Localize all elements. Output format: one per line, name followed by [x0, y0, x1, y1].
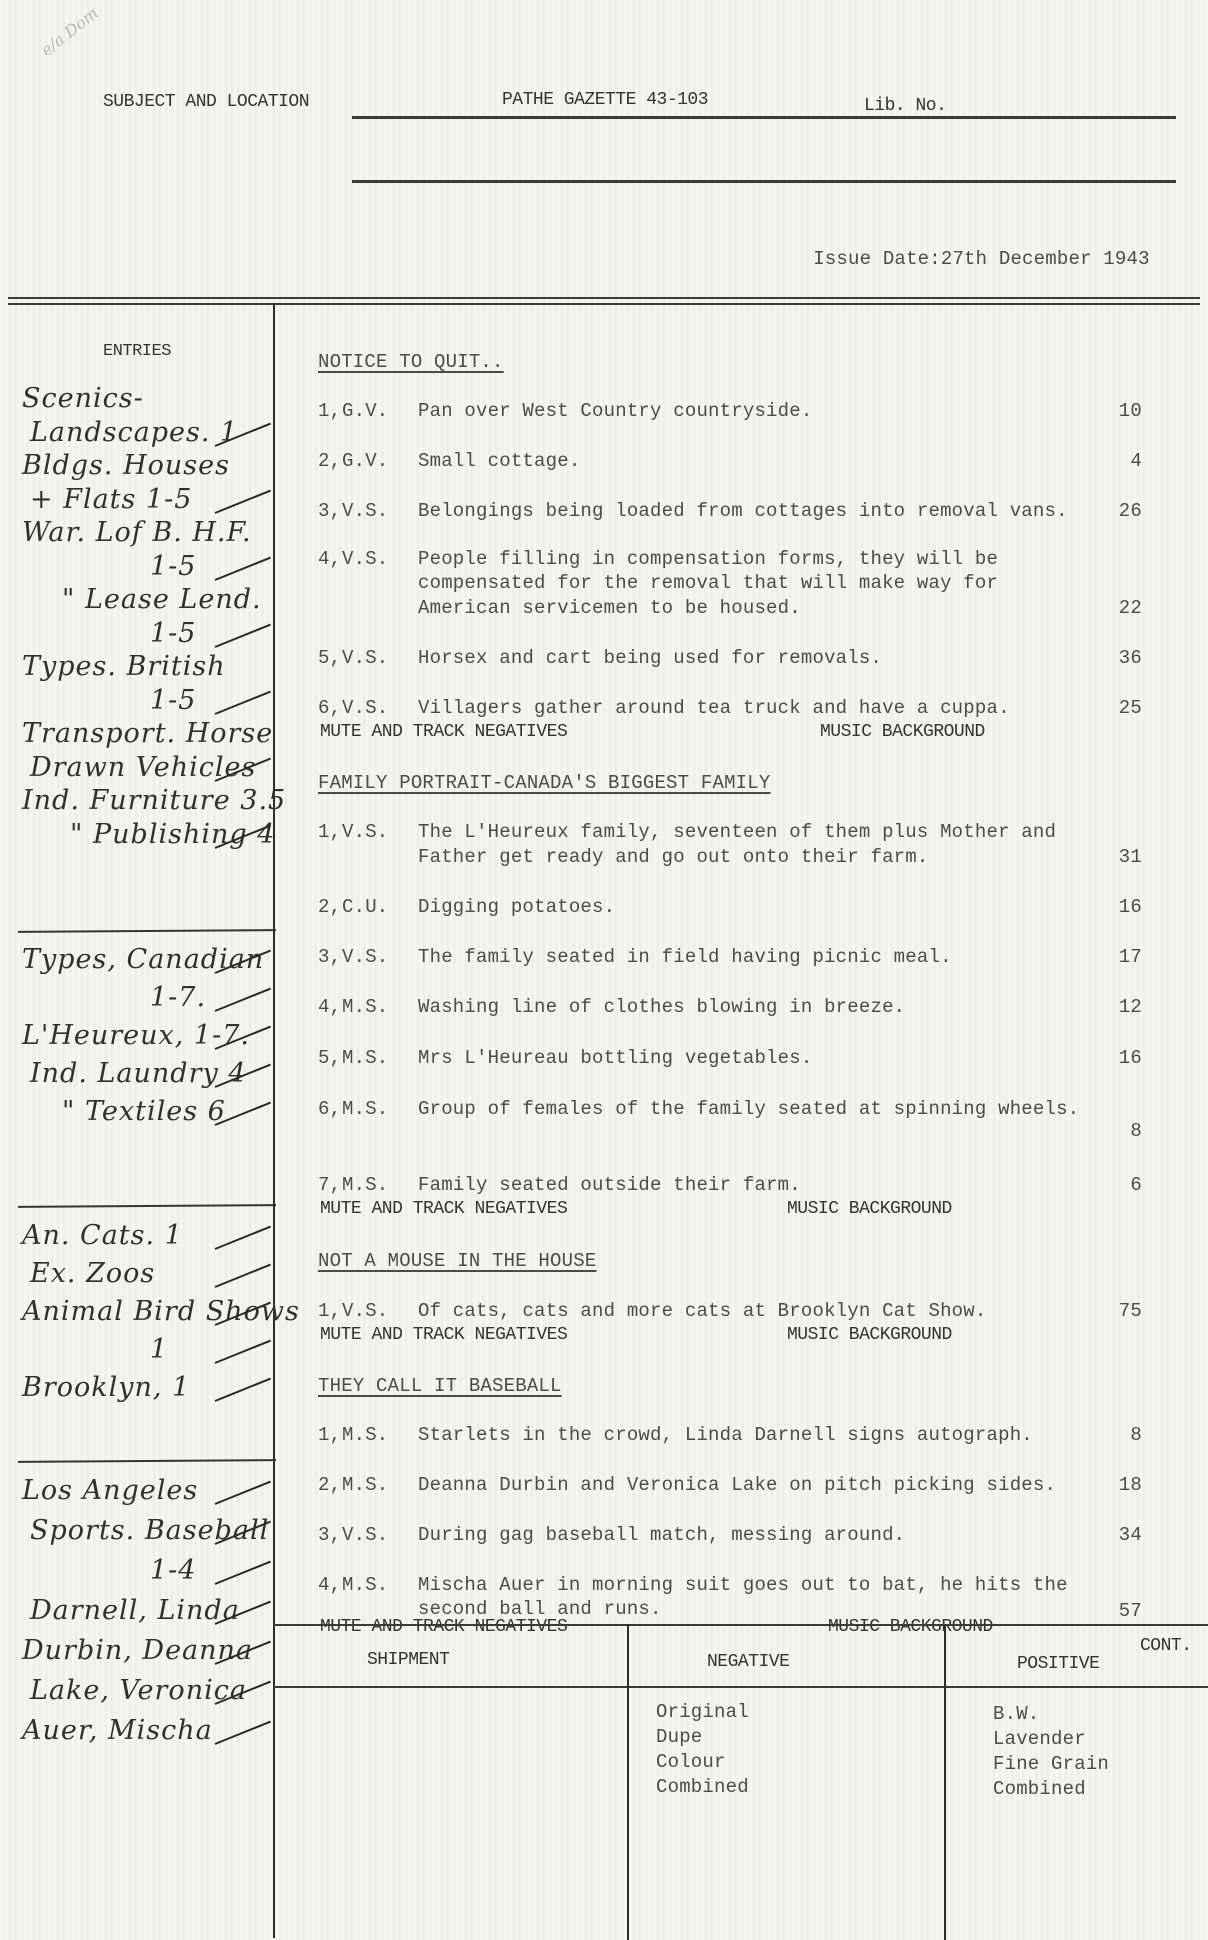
issue-date-label: Issue Date:: [813, 248, 941, 270]
handwritten-entry: Transport. Horse: [22, 718, 273, 749]
handwritten-entry: Types, Canadian: [22, 944, 264, 975]
shot-length: 36: [1082, 647, 1142, 669]
shot-length: 4: [1082, 450, 1142, 472]
shot-number: 2,: [318, 450, 341, 472]
shot-description: Family seated outside their farm.: [418, 1174, 801, 1196]
check-mark-icon: [215, 489, 271, 513]
negative-heading: NEGATIVE: [707, 1652, 789, 1672]
positive-options: B.W.LavenderFine GrainCombined: [993, 1702, 1109, 1802]
header-rule-2: [352, 180, 1176, 183]
shot-description: compensated for the removal that will ma…: [418, 572, 998, 594]
footer-negatives: MUTE AND TRACK NEGATIVES: [320, 722, 567, 742]
shipment-heading: SHIPMENT: [367, 1650, 449, 1670]
film-option: Original: [656, 1700, 749, 1725]
film-option: Colour: [656, 1750, 749, 1775]
shot-length: 17: [1082, 946, 1142, 968]
shot-type: C.U.: [342, 896, 388, 918]
header-rule-1: [352, 116, 1176, 119]
frame-top-rule-b: [8, 303, 1200, 305]
positive-heading: POSITIVE: [1017, 1654, 1099, 1674]
shot-length: 22: [1082, 597, 1142, 619]
film-option: Combined: [993, 1777, 1109, 1802]
shot-length: 34: [1082, 1524, 1142, 1546]
shot-type: V.S.: [342, 946, 388, 968]
shot-type: V.S.: [342, 500, 388, 522]
footer-music: MUSIC BACKGROUND: [787, 1325, 952, 1345]
shot-number: 2,: [318, 1474, 341, 1496]
shot-description: Belongings being loaded from cottages in…: [418, 500, 1068, 522]
handwritten-entry: Bldgs. Houses: [22, 450, 230, 481]
frame-top-rule-a: [8, 297, 1200, 299]
shot-length: 75: [1082, 1300, 1142, 1322]
cont-label: CONT.: [1140, 1636, 1192, 1656]
check-mark-icon: [215, 1561, 271, 1585]
shot-description: The L'Heureux family, seventeen of them …: [418, 821, 1056, 843]
shot-number: 6,: [318, 1098, 341, 1120]
shot-length: 12: [1082, 996, 1142, 1018]
shot-length: 57: [1082, 1600, 1142, 1622]
shot-description: The family seated in field having picnic…: [418, 946, 952, 968]
subject-label: SUBJECT AND LOCATION: [103, 92, 309, 112]
shot-number: 7,: [318, 1174, 341, 1196]
shot-length: 16: [1082, 896, 1142, 918]
shot-length: 26: [1082, 500, 1142, 522]
document-title: PATHE GAZETTE 43-103: [502, 90, 708, 110]
handwritten-entry: Animal Bird Shows: [22, 1296, 300, 1327]
check-mark-icon: [215, 556, 271, 580]
shot-type: M.S.: [342, 1174, 388, 1196]
shot-number: 1,: [318, 400, 341, 422]
handwritten-entry: 1-5: [150, 551, 196, 582]
shot-description: Pan over West Country countryside.: [418, 400, 812, 422]
shot-length: 31: [1082, 846, 1142, 868]
footer-negatives: MUTE AND TRACK NEGATIVES: [320, 1325, 567, 1345]
shot-description: Digging potatoes.: [418, 896, 615, 918]
handwritten-entry: " Textiles 6: [62, 1096, 226, 1127]
film-option: B.W.: [993, 1702, 1109, 1727]
shot-length: 16: [1082, 1047, 1142, 1069]
shot-number: 5,: [318, 647, 341, 669]
footer-negatives: MUTE AND TRACK NEGATIVES: [320, 1617, 567, 1637]
handwritten-entry: Los Angeles: [22, 1475, 198, 1506]
story-title: FAMILY PORTRAIT-CANADA'S BIGGEST FAMILY: [318, 772, 770, 794]
shot-length: 10: [1082, 400, 1142, 422]
handwritten-entry: 1-7.: [150, 982, 206, 1013]
shot-type: M.S.: [342, 1474, 388, 1496]
handwritten-entry: + Flats 1-5: [30, 484, 192, 515]
film-option: Combined: [656, 1775, 749, 1800]
check-mark-icon: [215, 1340, 271, 1364]
film-option: Fine Grain: [993, 1752, 1109, 1777]
shot-number: 1,: [318, 1300, 341, 1322]
shot-length: 8: [1082, 1120, 1142, 1142]
handwritten-entry: 1-5: [150, 685, 196, 716]
shot-description: Deanna Durbin and Veronica Lake on pitch…: [418, 1474, 1056, 1496]
handwritten-entry: Ex. Zoos: [30, 1258, 155, 1289]
shot-description: Group of females of the family seated at…: [418, 1098, 1079, 1120]
check-mark-icon: [215, 1721, 271, 1745]
check-mark-icon: [215, 988, 271, 1012]
table-divider-1: [627, 1624, 629, 1940]
handwritten-entry: Auer, Mischa: [22, 1715, 213, 1746]
shot-type: V.S.: [342, 1300, 388, 1322]
table-top-rule: [273, 1624, 1208, 1626]
shot-description: Father get ready and go out onto their f…: [418, 846, 928, 868]
shot-type: V.S.: [342, 647, 388, 669]
table-divider-2: [944, 1624, 946, 1940]
handwritten-entry: An. Cats. 1: [22, 1220, 183, 1251]
pencil-annotation: e/a Dom: [37, 3, 102, 59]
shot-type: V.S.: [342, 821, 388, 843]
handwritten-entry: Types. British: [22, 651, 226, 682]
shot-type: V.S.: [342, 548, 388, 570]
shot-number: 6,: [318, 697, 341, 719]
handwritten-entry: Scenics-: [22, 383, 144, 414]
entry-separator: [18, 1204, 276, 1208]
film-option: Lavender: [993, 1727, 1109, 1752]
footer-music: MUSIC BACKGROUND: [820, 722, 985, 742]
handwritten-entry: Ind. Laundry 4: [30, 1058, 247, 1089]
shot-type: M.S.: [342, 996, 388, 1018]
shot-description: Mischa Auer in morning suit goes out to …: [418, 1574, 1068, 1596]
shot-number: 1,: [318, 1424, 341, 1446]
check-mark-icon: [215, 1378, 271, 1402]
check-mark-icon: [215, 1226, 271, 1250]
footer-music: MUSIC BACKGROUND: [828, 1617, 993, 1637]
shot-type: M.S.: [342, 1574, 388, 1596]
handwritten-entry: 1-5: [150, 618, 196, 649]
lib-no-label: Lib. No.: [864, 96, 946, 116]
shot-type: M.S.: [342, 1424, 388, 1446]
shot-description: People filling in compensation forms, th…: [418, 548, 998, 570]
handwritten-entry: 1: [150, 1334, 168, 1365]
footer-music: MUSIC BACKGROUND: [787, 1199, 952, 1219]
handwritten-entry: 1-4: [150, 1555, 196, 1586]
check-mark-icon: [215, 690, 271, 714]
shot-type: V.S.: [342, 697, 388, 719]
issue-date-value: 27th December 1943: [941, 248, 1150, 270]
check-mark-icon: [215, 623, 271, 647]
shot-type: M.S.: [342, 1098, 388, 1120]
shot-description: Starlets in the crowd, Linda Darnell sig…: [418, 1424, 1033, 1446]
entry-separator: [18, 1459, 276, 1463]
shot-type: G.V.: [342, 400, 388, 422]
check-mark-icon: [215, 1264, 271, 1288]
shot-description: Washing line of clothes blowing in breez…: [418, 996, 905, 1018]
handwritten-entry: Sports. Baseball: [30, 1515, 269, 1546]
shot-length: 6: [1082, 1174, 1142, 1196]
shot-number: 3,: [318, 946, 341, 968]
issue-date: Issue Date:27th December 1943: [790, 226, 1150, 270]
handwritten-entry: Landscapes. 1: [30, 417, 238, 448]
shot-description: Mrs L'Heureau bottling vegetables.: [418, 1047, 812, 1069]
story-title: NOT A MOUSE IN THE HOUSE: [318, 1250, 596, 1272]
shot-description: Small cottage.: [418, 450, 580, 472]
shot-description: During gag baseball match, messing aroun…: [418, 1524, 905, 1546]
shot-description: Villagers gather around tea truck and ha…: [418, 697, 1010, 719]
handwritten-entry: Lake, Veronica: [30, 1675, 247, 1706]
handwritten-entry: Darnell, Linda: [30, 1595, 240, 1626]
shot-type: G.V.: [342, 450, 388, 472]
shot-number: 4,: [318, 996, 341, 1018]
handwritten-entry: War. Lof B. H.F.: [22, 517, 252, 548]
shot-description: Of cats, cats and more cats at Brooklyn …: [418, 1300, 987, 1322]
handwritten-entry: " Lease Lend.: [62, 584, 262, 615]
handwritten-entry: Ind. Furniture 3.5: [22, 785, 286, 816]
negative-options: OriginalDupeColourCombined: [656, 1700, 749, 1800]
shot-number: 3,: [318, 1524, 341, 1546]
entries-divider: [273, 303, 275, 1938]
shot-length: 8: [1082, 1424, 1142, 1446]
shot-number: 4,: [318, 1574, 341, 1596]
shot-number: 4,: [318, 548, 341, 570]
story-title: THEY CALL IT BASEBALL: [318, 1375, 562, 1397]
film-option: Dupe: [656, 1725, 749, 1750]
footer-negatives: MUTE AND TRACK NEGATIVES: [320, 1199, 567, 1219]
check-mark-icon: [215, 1481, 271, 1505]
handwritten-entry: Brooklyn, 1: [22, 1372, 190, 1403]
shot-number: 3,: [318, 500, 341, 522]
shot-number: 1,: [318, 821, 341, 843]
shot-length: 18: [1082, 1474, 1142, 1496]
shot-length: 25: [1082, 697, 1142, 719]
shot-type: M.S.: [342, 1047, 388, 1069]
shot-number: 5,: [318, 1047, 341, 1069]
story-title: NOTICE TO QUIT..: [318, 351, 504, 373]
entries-heading: ENTRIES: [103, 342, 171, 361]
shot-description: Horsex and cart being used for removals.: [418, 647, 882, 669]
entry-separator: [18, 929, 276, 933]
shot-type: V.S.: [342, 1524, 388, 1546]
shot-number: 2,: [318, 896, 341, 918]
table-header-rule: [273, 1686, 1208, 1688]
shot-description: American servicemen to be housed.: [418, 597, 801, 619]
